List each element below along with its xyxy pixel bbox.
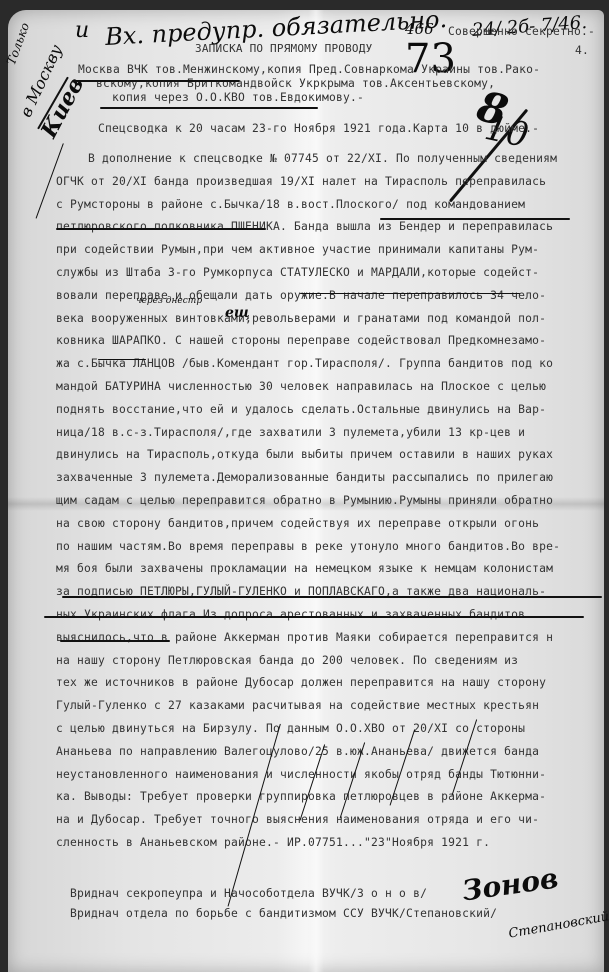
handwritten-insert: через днестр <box>136 296 202 306</box>
body-line: поднять восстание,что ей и удалось сдела… <box>56 403 546 416</box>
underline-flags <box>60 640 170 642</box>
body-line: на и Дубосар. Требует точного выяснения … <box>56 813 539 826</box>
signature-line-1: Вриднач секропеупра и Начособотдела ВУЧК… <box>70 887 427 900</box>
body-line: вовали переправе и обещали дать оружие.В… <box>56 289 546 302</box>
body-line: ковника ШАРАПКО. С нашей стороны перепра… <box>56 334 546 347</box>
body-line: неустановленного наименования и численно… <box>56 768 546 781</box>
body-line: двинулись на Тирасполь,откуда были выбит… <box>56 448 553 461</box>
body-line: на нашу сторону Петлюровская банда до 20… <box>56 654 518 667</box>
page-number: 4. <box>575 44 589 57</box>
body-line: мандой БАТУРИНА численностью 30 человек … <box>56 380 546 393</box>
addressee-underline-2 <box>100 107 318 109</box>
body-line: ка. Выводы: Требует проверки группировка… <box>56 790 546 803</box>
document-title: ЗАПИСКА ПО ПРЯМОМУ ПРОВОДУ <box>195 42 372 55</box>
underline-statulesko <box>300 293 520 294</box>
body-line: ных Украинских флага.Из допроса арестова… <box>56 608 525 621</box>
addressee-line-1: Москва ВЧК тов.Менжинскому,копия Пред.Со… <box>78 63 540 76</box>
body-line: захваченные 3 пулемета.Деморализованные … <box>56 471 553 484</box>
body-line: века вооруженных винтовками,револьверами… <box>56 312 546 325</box>
body-line: щим садам с целью переправится обратно в… <box>56 494 553 507</box>
underline-sharapko <box>98 359 146 360</box>
addressee-underline-1 <box>72 80 240 82</box>
body-line: при содействии Румын,при чем активное уч… <box>56 243 539 256</box>
body-line: Гулый-Гуленко с 27 казаками расчитывая н… <box>56 699 539 712</box>
handwritten-fix: ещ <box>225 305 250 321</box>
underline-commanded <box>380 218 570 220</box>
body-line: мя боя были захвачены прокламации на нем… <box>56 562 553 575</box>
subject-line: Спецсводка к 20 часам 23-го Ноября 1921 … <box>98 122 539 135</box>
body-line: тех же источников в районе Дубосар долже… <box>56 676 546 689</box>
underline-proclamations-1 <box>62 596 602 598</box>
underline-pshenik <box>56 228 266 230</box>
body-line: с целью двинуться на Бирзулу. По данным … <box>56 722 525 735</box>
addressee-line-2: вскому,копия Бриткомандвойск Укркрыма то… <box>96 77 495 90</box>
body-line: петлюровского полковника ПШЕНИКА. Банда … <box>56 220 553 233</box>
body-line: В дополнение к спецсводке № 07745 от 22/… <box>88 152 557 165</box>
body-line: по нашим частям.Во время переправы в рек… <box>56 540 560 553</box>
signature-line-2: Вриднач отдела по борьбе с бандитизмом С… <box>70 907 497 920</box>
body-line: на свою сторону бандитов,причем содейств… <box>56 517 539 530</box>
body-line: с Румстороны в районе с.Бычка/18 в.вост.… <box>56 198 525 211</box>
margin-note-and: и <box>75 18 89 43</box>
body-line: ОГЧК от 20/XI банда произведшая 19/XI на… <box>56 175 546 188</box>
classification-stamp: Совершенно секретно.- <box>448 25 595 38</box>
body-line: ница/18 в.с-з.Тирасполя/,где захватили 3… <box>56 426 525 439</box>
body-line: службы из Штаба 3-го Румкорпуса СТАТУЛЕС… <box>56 266 539 279</box>
underline-proclamations-2 <box>44 616 584 618</box>
body-line: сленность в Ананьевском районе.- ИР.0775… <box>56 836 490 849</box>
addressee-line-3: копия через О.О.КВО тов.Евдокимову.- <box>112 91 364 104</box>
